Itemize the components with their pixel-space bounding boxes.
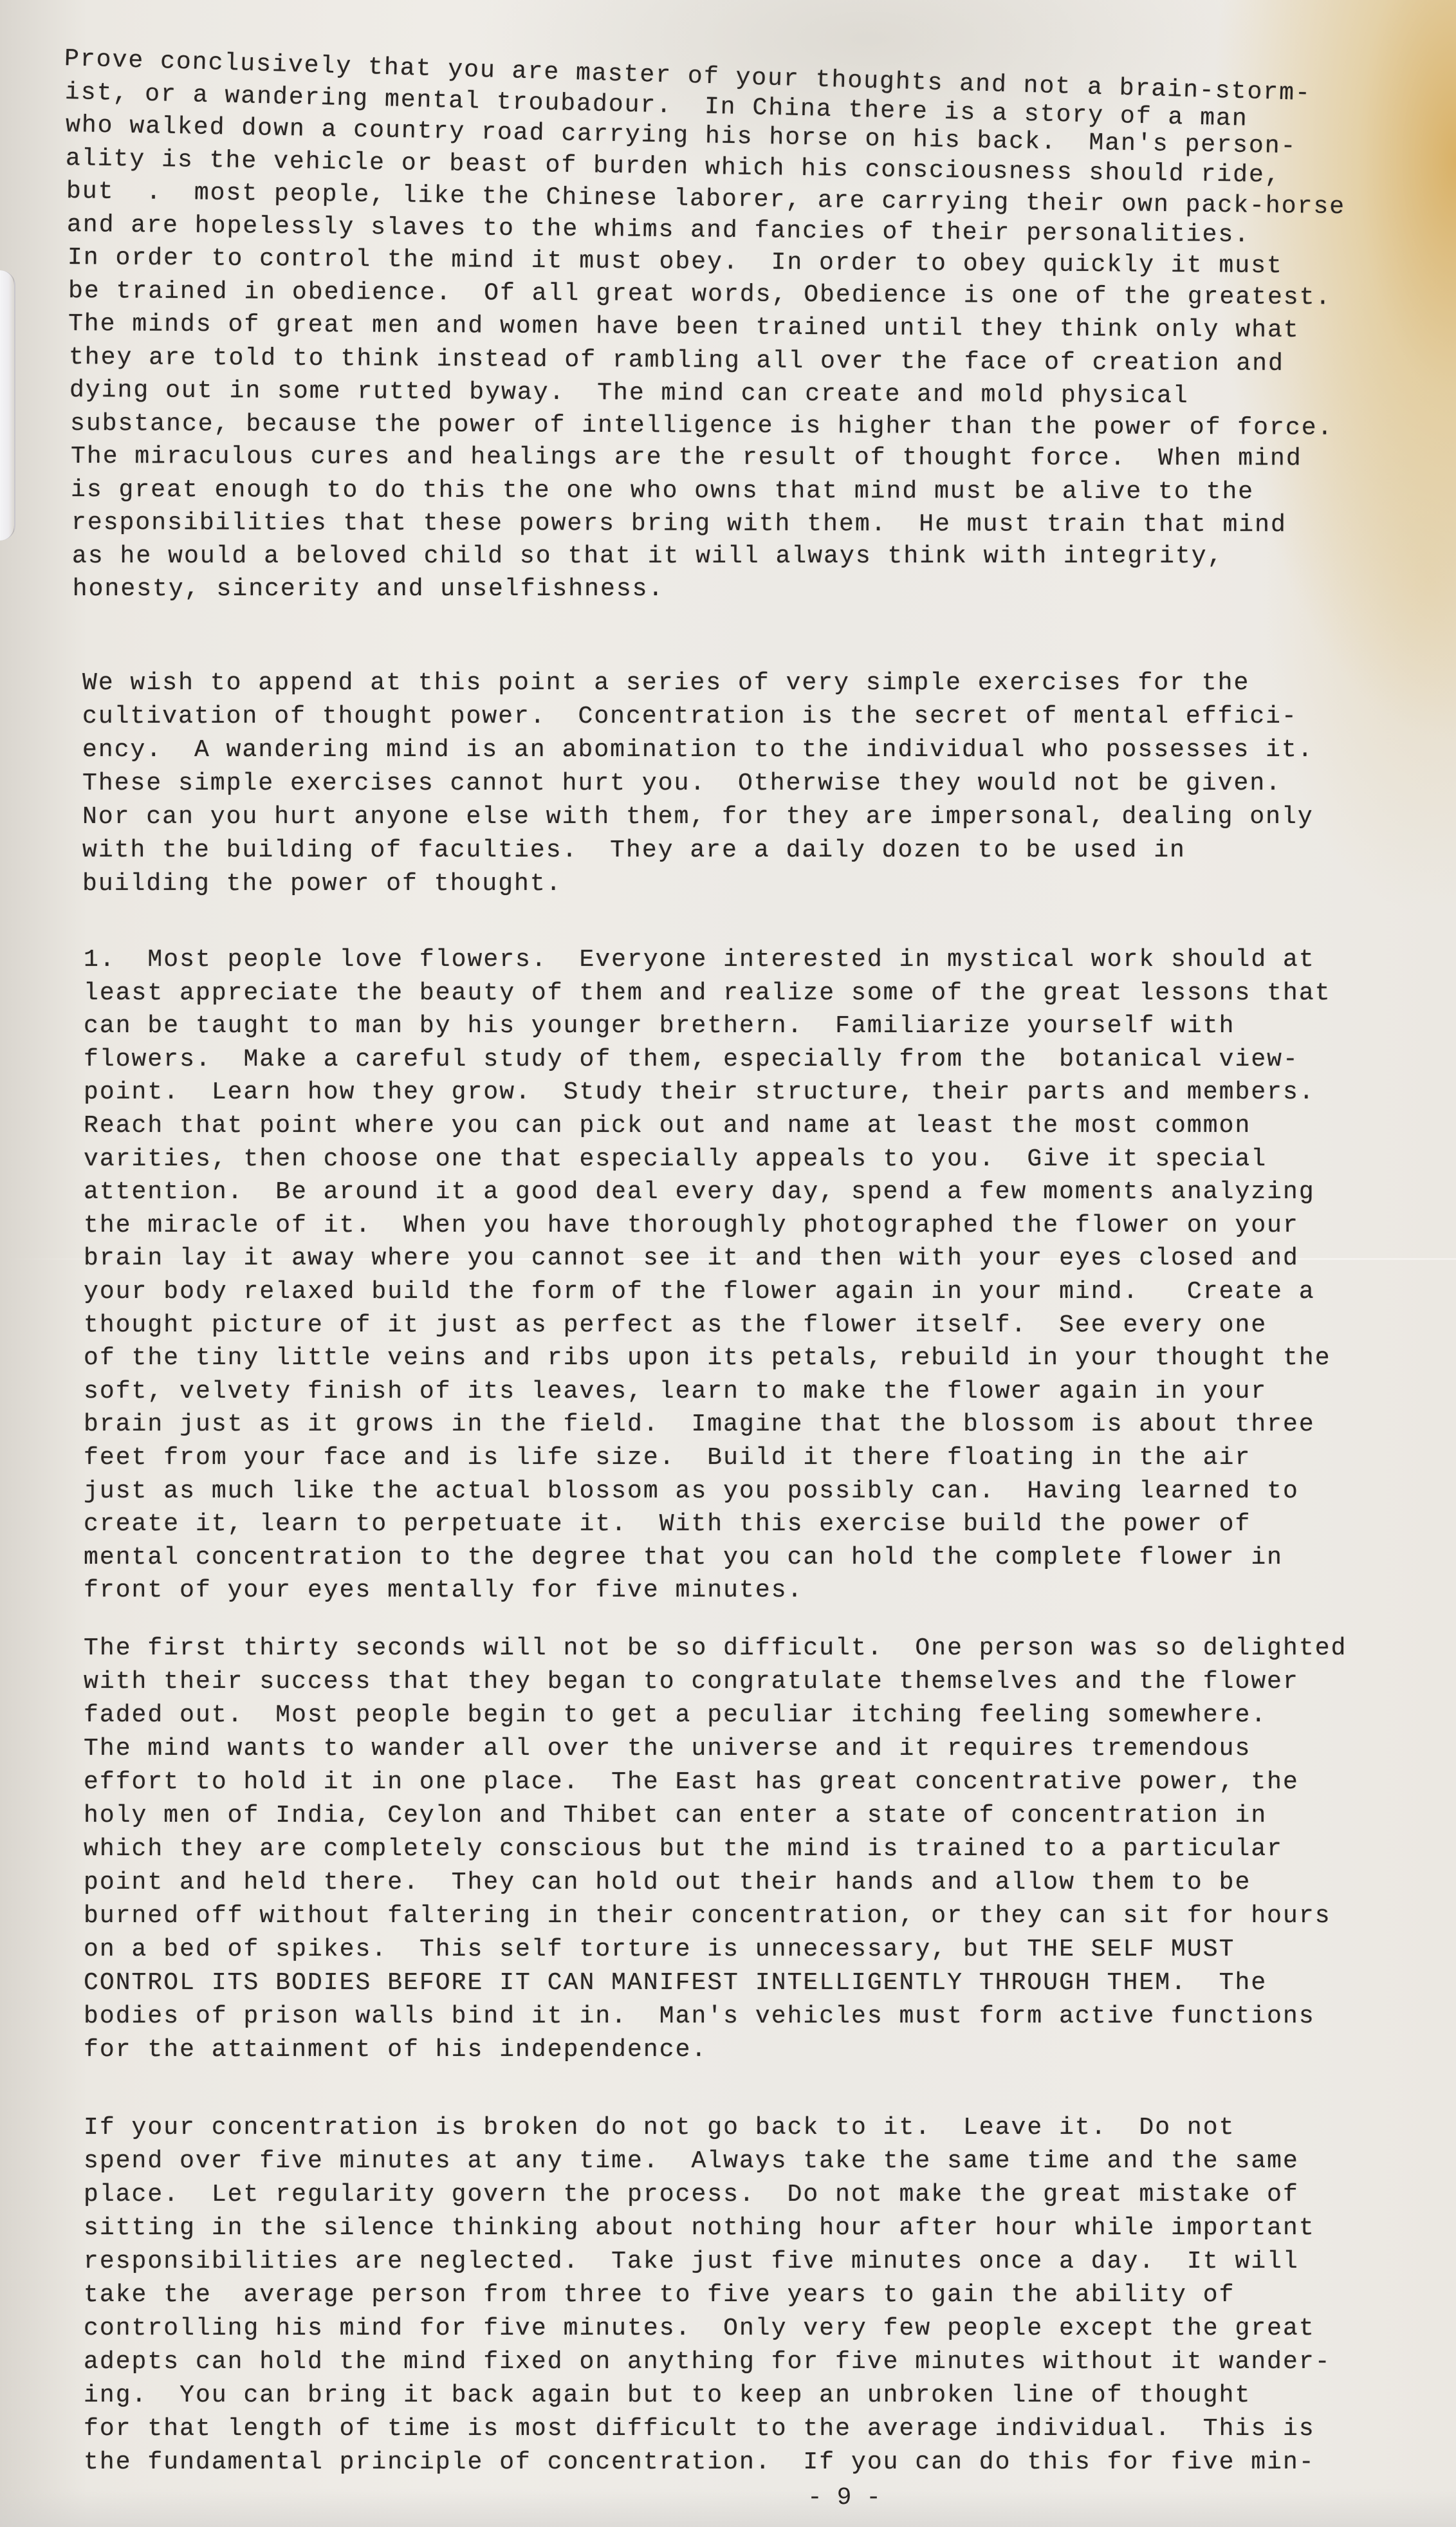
text-line: If your concentration is broken do not g… [84, 2114, 1235, 2142]
text-line: responsibilities are neglected. Take jus… [84, 2248, 1299, 2276]
text-line: with their success that they began to co… [84, 1668, 1299, 1696]
text-line: flowers. Make a careful study of them, e… [84, 1046, 1299, 1074]
text-line: the fundamental principle of concentrati… [84, 2448, 1315, 2477]
text-line: varities, then choose one that especiall… [84, 1145, 1267, 1174]
text-line: front of your eyes mentally for five min… [84, 1577, 803, 1605]
text-line: soft, velvety finish of its leaves, lear… [84, 1378, 1267, 1406]
typewritten-page: Prove conclusively that you are master o… [0, 0, 1456, 2527]
text-line: sitting in the silence thinking about no… [84, 2214, 1315, 2243]
text-line: We wish to append at this point a series… [82, 669, 1249, 698]
text-line: for the attainment of his independence. [84, 2036, 707, 2064]
text-line: In order to control the mind it must obe… [68, 244, 1283, 281]
page-number: - 9 - [807, 2484, 881, 2512]
text-line: the miracle of it. When you have thoroug… [84, 1212, 1299, 1240]
text-line: controlling his mind for five minutes. O… [84, 2315, 1315, 2343]
text-line: point. Learn how they grow. Study their … [84, 1078, 1315, 1107]
text-line: burned off without faltering in their co… [84, 1902, 1331, 1930]
text-line: is great enough to do this the one who o… [71, 476, 1254, 506]
text-line: of the tiny little veins and ribs upon i… [84, 1344, 1331, 1373]
text-line: building the power of thought. [82, 870, 562, 898]
text-line: faded out. Most people begin to get a pe… [84, 1701, 1267, 1730]
text-line: The minds of great men and women have be… [68, 310, 1300, 345]
text-line: they are told to think instead of rambli… [69, 344, 1284, 378]
text-line: The mind wants to wander all over the un… [84, 1735, 1251, 1763]
text-line: brain lay it away where you cannot see i… [84, 1245, 1299, 1273]
text-line: ing. You can bring it back again but to … [84, 2382, 1251, 2410]
text-line: place. Let regularity govern the process… [84, 2181, 1299, 2209]
text-line: The first thirty seconds will not be so … [84, 1634, 1347, 1663]
text-line: 1. Most people love flowers. Everyone in… [84, 946, 1315, 974]
text-line: which they are completely conscious but … [84, 1835, 1283, 1864]
text-line: effort to hold it in one place. The East… [84, 1768, 1299, 1797]
text-line: bodies of prison walls bind it in. Man's… [84, 2003, 1315, 2031]
text-line: Reach that point where you can pick out … [84, 1112, 1251, 1140]
text-line: be trained in obedience. Of all great wo… [68, 277, 1331, 312]
torn-paper-edge [0, 270, 15, 541]
text-line: dying out in some rutted byway. The mind… [69, 376, 1189, 411]
text-line: ency. A wandering mind is an abomination… [82, 736, 1314, 764]
text-line: adepts can hold the mind fixed on anythi… [84, 2348, 1331, 2376]
text-line: on a bed of spikes. This self torture is… [84, 1936, 1235, 1964]
text-line: responsibilities that these powers bring… [71, 509, 1287, 539]
text-line: substance, because the power of intellig… [70, 410, 1334, 443]
text-line: your body relaxed build the form of the … [84, 1278, 1315, 1306]
text-line: These simple exercises cannot hurt you. … [82, 770, 1282, 798]
text-line: Nor can you hurt anyone else with them, … [82, 803, 1314, 831]
text-line: as he would a beloved child so that it w… [72, 542, 1223, 571]
text-line: feet from your face and is life size. Bu… [84, 1444, 1251, 1472]
page-bottom-shadow [0, 2488, 1456, 2527]
text-line: mental concentration to the degree that … [84, 1544, 1283, 1572]
text-line: can be taught to man by his younger bret… [84, 1012, 1235, 1041]
text-line: with the building of faculties. They are… [82, 837, 1186, 865]
text-line: brain just as it grows in the field. Ima… [84, 1411, 1315, 1439]
text-line: The miraculous cures and healings are th… [71, 443, 1302, 473]
text-line: thought picture of it just as perfect as… [84, 1311, 1267, 1340]
text-line: create it, learn to perpetuate it. With … [84, 1510, 1251, 1539]
text-line: just as much like the actual blossom as … [84, 1477, 1299, 1506]
text-line: honesty, sincerity and unselfishness. [73, 575, 665, 604]
text-line: holy men of India, Ceylon and Thibet can… [84, 1802, 1267, 1830]
text-line: least appreciate the beauty of them and … [84, 979, 1331, 1008]
text-line: spend over five minutes at any time. Alw… [84, 2147, 1299, 2176]
text-line: CONTROL ITS BODIES BEFORE IT CAN MANIFES… [84, 1969, 1267, 1997]
text-line: take the average person from three to fi… [84, 2281, 1235, 2309]
text-line: cultivation of thought power. Concentrat… [82, 703, 1298, 731]
text-line: point and held there. They can hold out … [84, 1869, 1251, 1897]
text-line: for that length of time is most difficul… [84, 2415, 1315, 2443]
text-line: attention. Be around it a good deal ever… [84, 1178, 1315, 1207]
